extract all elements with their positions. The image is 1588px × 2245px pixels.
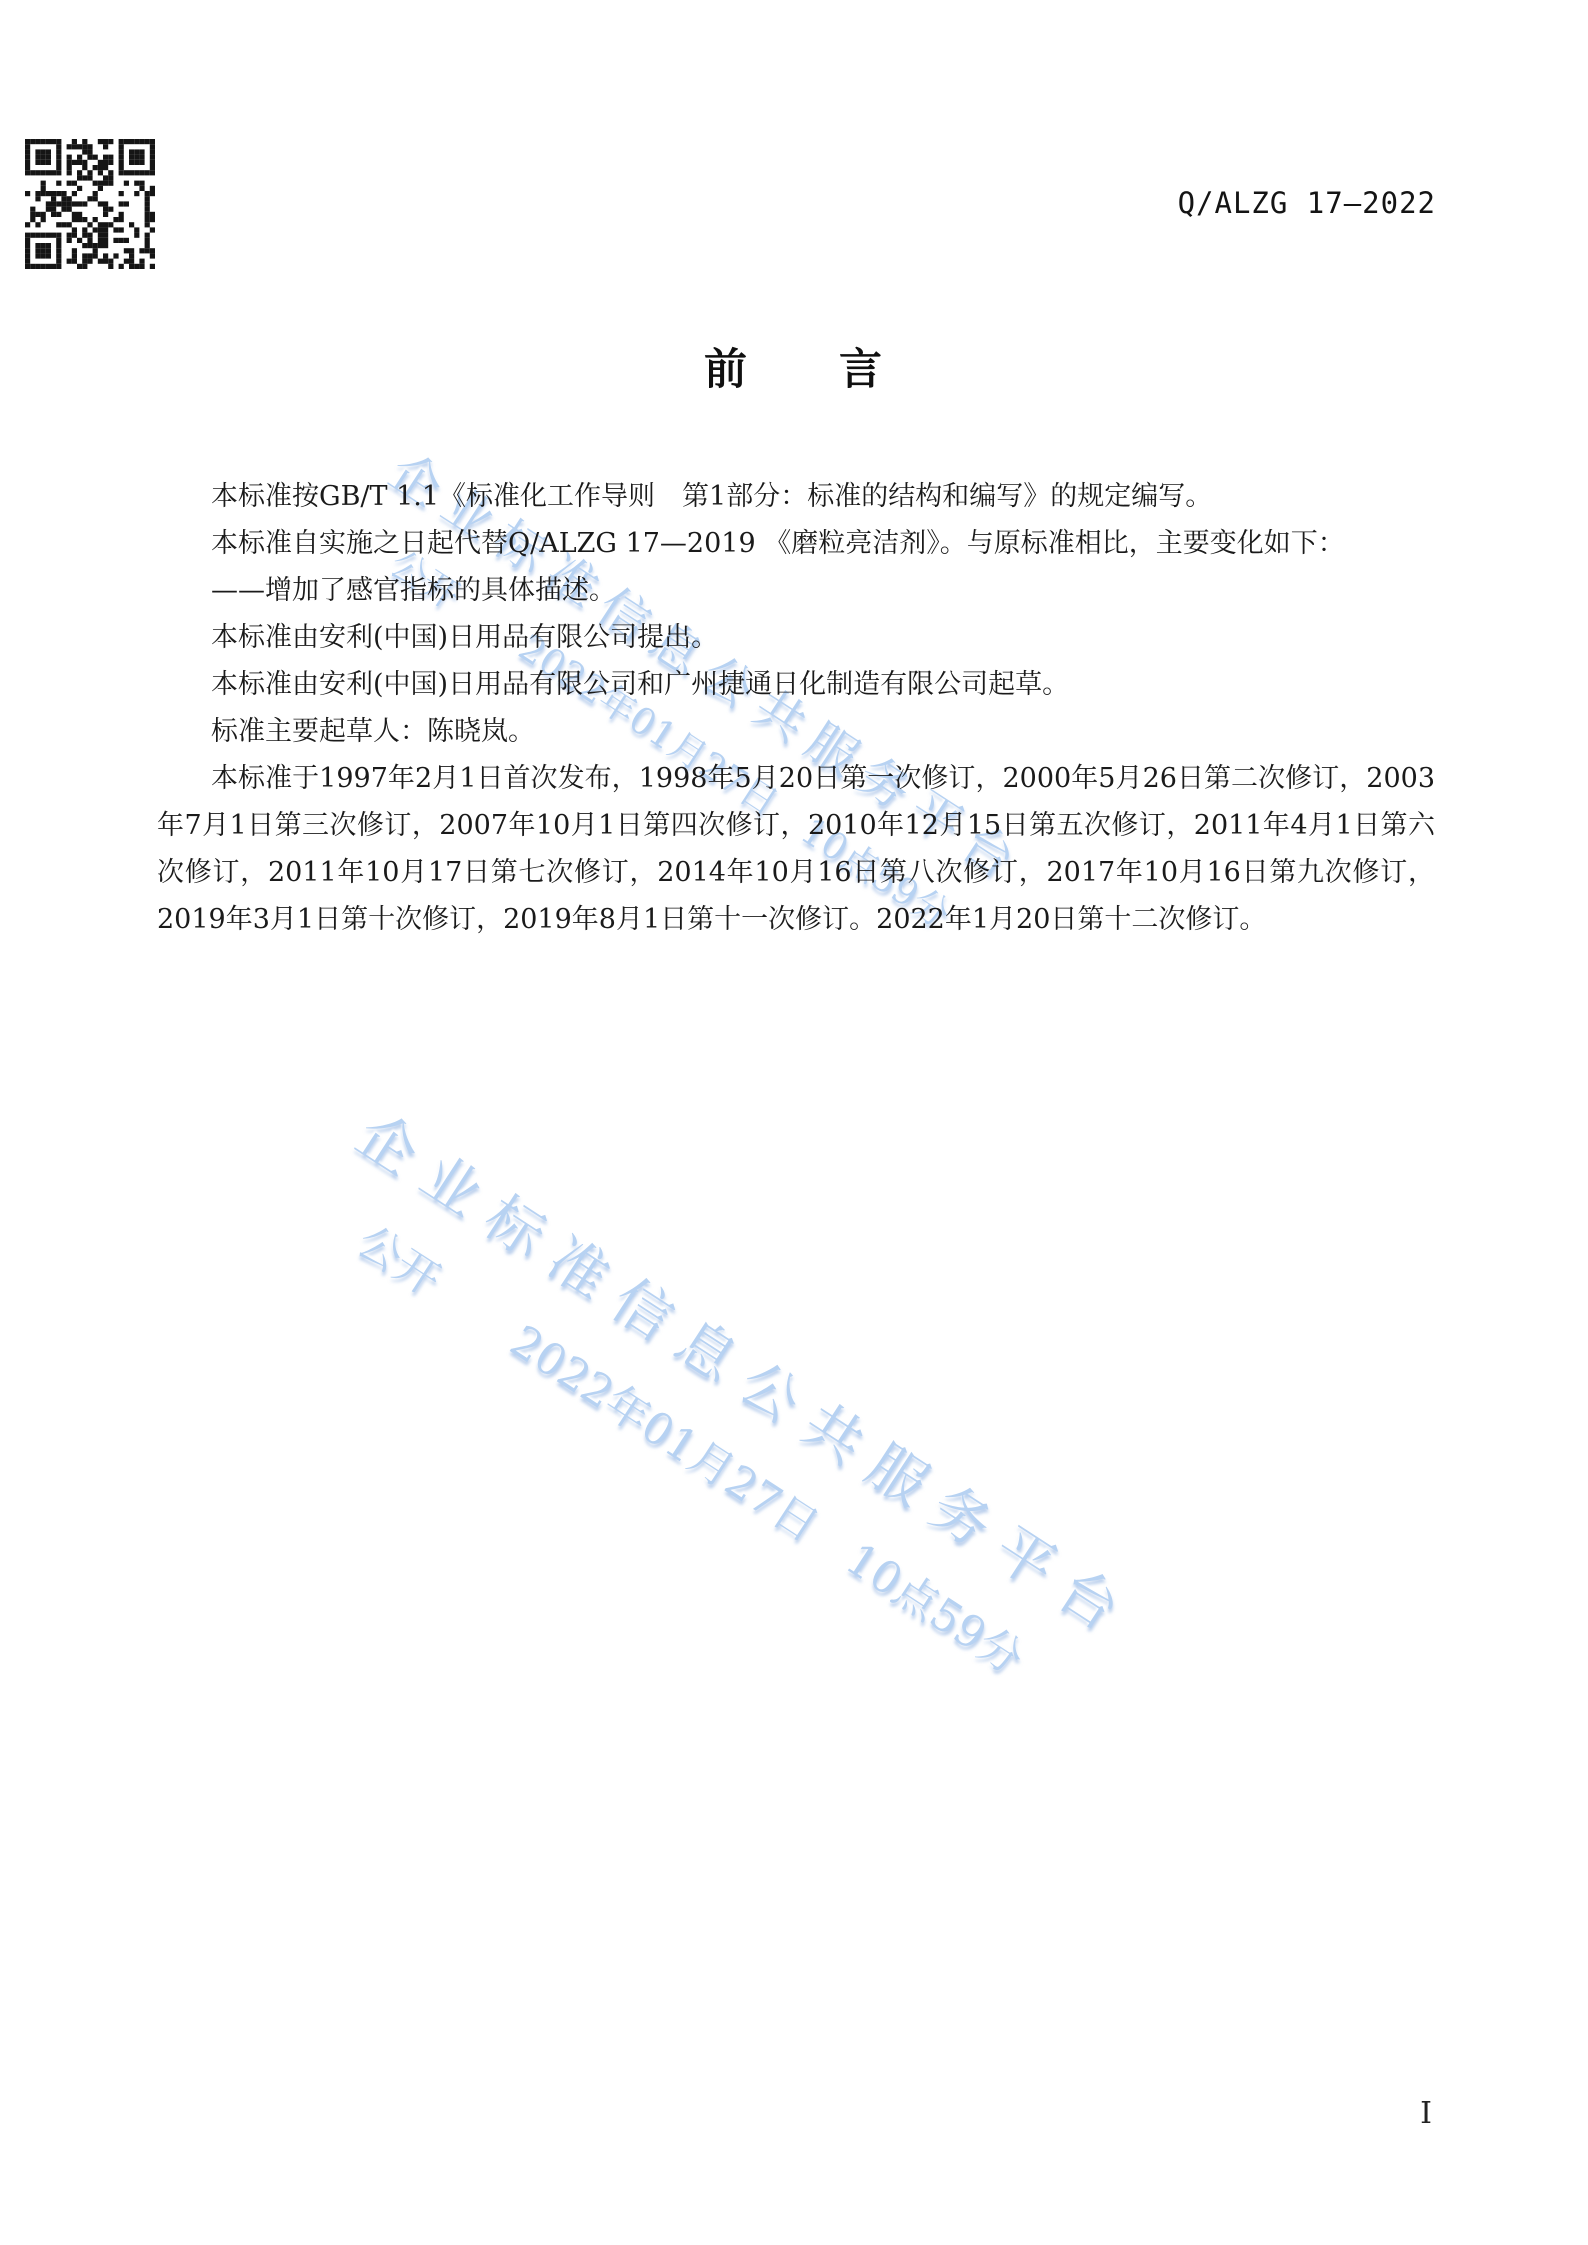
foreword-paragraph: ——增加了感官指标的具体描述。 xyxy=(157,567,1435,614)
page-title: 前 言 xyxy=(0,336,1588,397)
watermark-platform-text: 企业标准信息公共服务平台 xyxy=(344,1098,1148,1656)
foreword-paragraph: 本标准按GB/T 1.1《标准化工作导则 第1部分：标准的结构和编写》的规定编写… xyxy=(157,473,1435,520)
foreword-body: 本标准按GB/T 1.1《标准化工作导则 第1部分：标准的结构和编写》的规定编写… xyxy=(157,473,1435,943)
foreword-paragraph: 标准主要起草人：陈晓岚。 xyxy=(157,708,1435,755)
foreword-paragraph: 本标准自实施之日起代替Q/ALZG 17—2019 《磨粒亮洁剂》。与原标准相比… xyxy=(157,520,1435,567)
watermark-public-label: 公开 xyxy=(348,1216,450,1307)
document-page: Q/ALZG 17—2022 前 言 企业标准信息公共服务平台 公开2022年0… xyxy=(0,0,1588,2245)
standard-code: Q/ALZG 17—2022 xyxy=(1178,186,1436,220)
qr-code-icon xyxy=(25,139,155,269)
page-number: I xyxy=(1420,2096,1432,2131)
foreword-paragraph: 本标准于1997年2月1日首次发布，1998年5月20日第一次修订，2000年5… xyxy=(157,755,1435,943)
foreword-paragraph: 本标准由安利(中国)日用品有限公司和广州捷通日化制造有限公司起草。 xyxy=(157,661,1435,708)
watermark-lower: 企业标准信息公共服务平台 公开2022年01月27日 10点59分 xyxy=(298,1098,1147,1725)
foreword-paragraph: 本标准由安利(中国)日用品有限公司提出。 xyxy=(157,614,1435,661)
